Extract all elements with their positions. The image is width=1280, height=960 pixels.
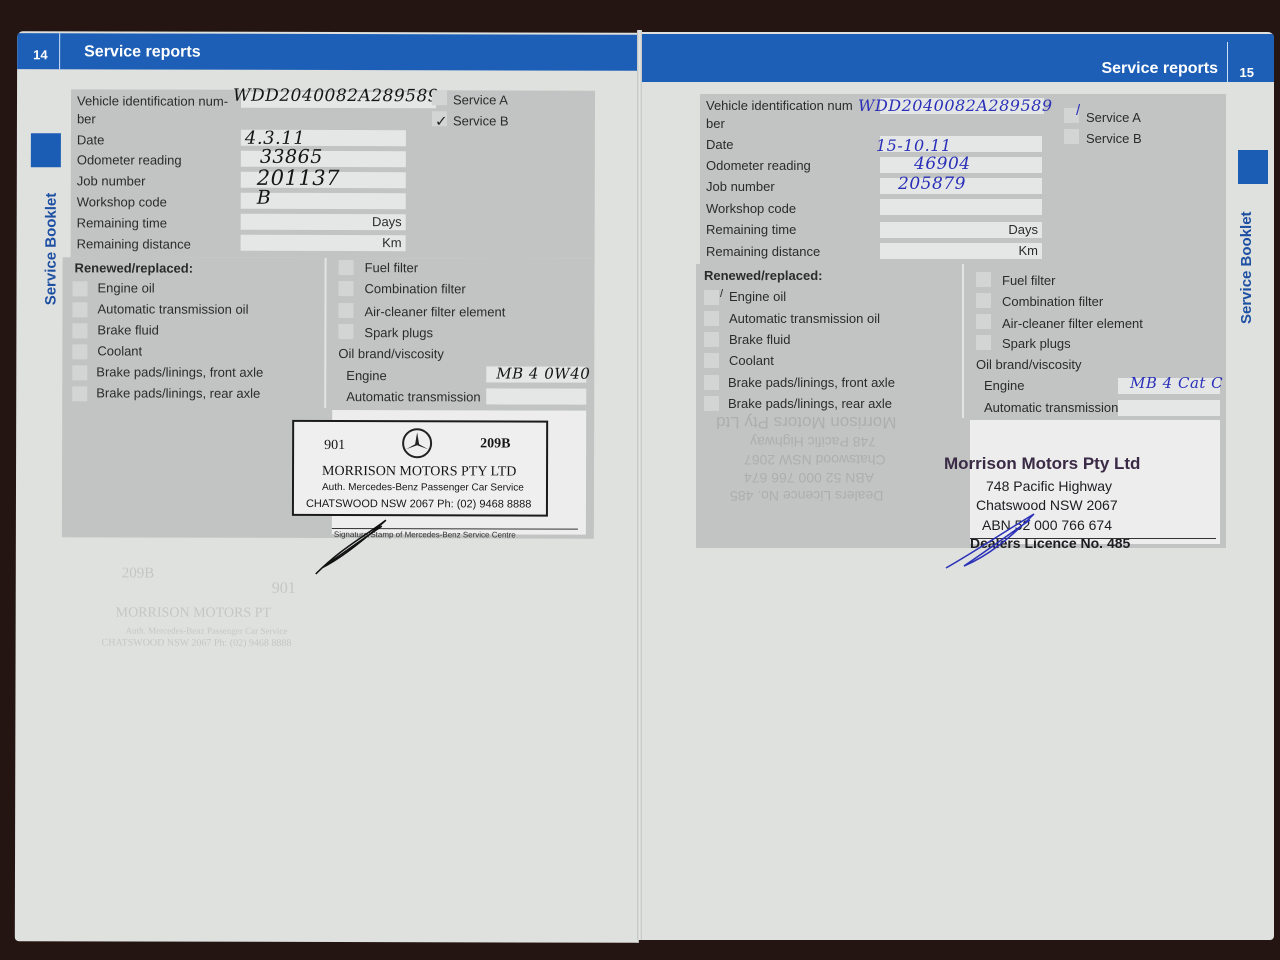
stamp-code-right: 209B [480,436,510,452]
stamp-address: 748 Pacific Highway [986,478,1112,494]
page-header: Service reports 15 [640,34,1274,82]
page-title: Service reports [1101,60,1218,78]
brake-front-checkbox[interactable] [72,365,87,380]
remaining-time-field[interactable]: Days [241,214,406,230]
oil-heading: Oil brand/viscosity [338,346,444,361]
transmission-oil-checkbox[interactable] [72,302,87,317]
renewed-heading: Renewed/replaced: [704,268,823,283]
label-date: Date [77,132,105,147]
oil-transmission-label: Automatic transmission [346,389,480,404]
label-odometer: Odometer reading [77,152,182,167]
page-15: Service reports 15 Service Booklet Vehic… [640,32,1274,940]
fuel-filter-label: Fuel filter [365,260,419,275]
checkmark-icon: ✓ [435,112,448,130]
brake-rear-label: Brake pads/linings, rear axle [96,385,260,400]
service-b-label: Service B [1086,131,1142,146]
signature-scribble [312,518,392,578]
oil-transmission-field[interactable] [1118,400,1220,416]
remaining-distance-field[interactable]: Km [241,235,406,251]
label-workshop-code: Workshop code [77,194,167,209]
label-odometer: Odometer reading [706,158,811,173]
page-number: 15 [1240,65,1254,80]
stamp-company: Morrison Motors Pty Ltd [944,454,1140,474]
combination-filter-checkbox[interactable] [339,281,354,296]
vin-value: WDD2040082A289589 [233,86,439,107]
fuel-filter-label: Fuel filter [1002,273,1055,288]
spark-plugs-label: Spark plugs [364,325,433,340]
section-tab [31,133,61,167]
km-unit: Km [382,235,402,250]
remaining-distance-field[interactable]: Km [880,243,1042,259]
remaining-time-field[interactable]: Days [880,222,1042,238]
fuel-filter-checkbox[interactable] [976,272,991,287]
brake-front-label: Brake pads/linings, front axle [728,375,895,390]
side-label: Service Booklet [42,193,59,306]
air-filter-label: Air-cleaner filter element [1002,316,1143,331]
brake-fluid-label: Brake fluid [729,332,790,347]
transmission-oil-checkbox[interactable] [704,311,719,326]
label-remaining-time: Remaining time [77,215,167,230]
km-unit: Km [1019,243,1039,258]
days-unit: Days [372,214,402,229]
transmission-oil-label: Automatic transmission oil [729,311,880,326]
section-tab [1238,150,1268,184]
workshop-code-field[interactable] [880,199,1042,215]
brake-front-checkbox[interactable] [704,375,719,390]
stamp-line2: Auth. Mercedes-Benz Passenger Car Servic… [322,482,524,494]
engine-oil-checkbox[interactable] [72,281,87,296]
mercedes-star-icon [402,428,432,458]
signature-scribble [944,512,1044,572]
coolant-label: Coolant [729,353,774,368]
spark-plugs-label: Spark plugs [1002,336,1071,351]
air-filter-checkbox[interactable] [976,314,991,329]
label-remaining-distance: Remaining distance [77,236,191,251]
days-unit: Days [1008,222,1038,237]
spark-plugs-checkbox[interactable] [338,324,353,339]
service-a-label: Service A [453,92,508,107]
oil-transmission-label: Automatic transmission [984,400,1118,415]
date-value: 15-10.11 [876,136,952,155]
label-vin-cont: ber [706,116,725,131]
side-label: Service Booklet [1238,211,1255,324]
label-vin: Vehicle identification num- [77,93,228,108]
label-date: Date [706,137,733,152]
page-14: 14 Service reports Service Booklet Vehic… [15,31,641,943]
column-divider [962,264,964,418]
header-divider [59,33,60,69]
engine-oil-checkbox[interactable] [704,290,719,305]
brake-rear-checkbox[interactable] [72,386,87,401]
combination-filter-label: Combination filter [364,281,465,296]
brake-fluid-checkbox[interactable] [72,323,87,338]
brake-front-label: Brake pads/linings, front axle [96,364,263,379]
service-b-checkbox[interactable] [1064,129,1079,144]
oil-engine-value: MB 4 0W40 [496,364,590,382]
label-workshop-code: Workshop code [706,201,796,216]
service-a-label: Service A [1086,110,1141,125]
job-number-value: 205879 [898,174,966,194]
label-remaining-time: Remaining time [706,222,796,237]
fuel-filter-checkbox[interactable] [339,260,354,275]
air-filter-checkbox[interactable] [338,303,353,318]
workshop-code-value: B [257,187,272,209]
stamp-line3: CHATSWOOD NSW 2067 Ph: (02) 9468 8888 [306,498,531,511]
odometer-value: 33865 [260,146,323,168]
stamp-company: MORRISON MOTORS PTY LTD [322,464,516,481]
air-filter-label: Air-cleaner filter element [364,304,505,319]
engine-oil-label: Engine oil [98,280,155,295]
coolant-checkbox[interactable] [704,353,719,368]
stamp-code-left: 901 [324,438,345,454]
service-a-checkbox[interactable] [432,90,447,105]
label-job-number: Job number [706,179,775,194]
spark-plugs-checkbox[interactable] [976,335,991,350]
coolant-label: Coolant [97,343,142,358]
brake-fluid-label: Brake fluid [97,322,158,337]
page-header: 14 Service reports [17,33,641,71]
page-number: 14 [33,47,48,62]
service-b-label: Service B [453,113,509,128]
stamp-city: Chatswood NSW 2067 [976,497,1118,513]
oil-engine-value: MB 4 Cat C [1130,374,1223,392]
renewed-heading: Renewed/replaced: [75,260,194,275]
header-divider [1227,42,1228,82]
book-gutter [637,30,642,940]
brake-rear-label: Brake pads/linings, rear axle [728,396,892,411]
column-divider [324,258,326,408]
label-remaining-distance: Remaining distance [706,244,820,259]
checkmark-icon: / [720,288,723,300]
odometer-value: 46904 [914,154,971,174]
page-title: Service reports [84,43,201,61]
combination-filter-checkbox[interactable] [976,293,991,308]
oil-engine-label: Engine [346,368,387,383]
coolant-checkbox[interactable] [72,344,87,359]
label-job-number: Job number [77,173,146,188]
oil-transmission-field[interactable] [486,388,586,404]
oil-heading: Oil brand/viscosity [976,357,1081,372]
transmission-oil-label: Automatic transmission oil [97,301,248,316]
dealer-stamp: 901 209B MORRISON MOTORS PTY LTD Auth. M… [292,420,548,517]
brake-fluid-checkbox[interactable] [704,332,719,347]
combination-filter-label: Combination filter [1002,294,1103,309]
oil-engine-label: Engine [984,378,1024,393]
brake-rear-checkbox[interactable] [704,396,719,411]
vin-value: WDD2040082A289589 [858,96,1053,115]
checkmark-icon: / [1076,102,1080,119]
label-vin-cont: ber [77,111,96,126]
engine-oil-label: Engine oil [729,289,786,304]
label-vin: Vehicle identification num [706,98,853,113]
